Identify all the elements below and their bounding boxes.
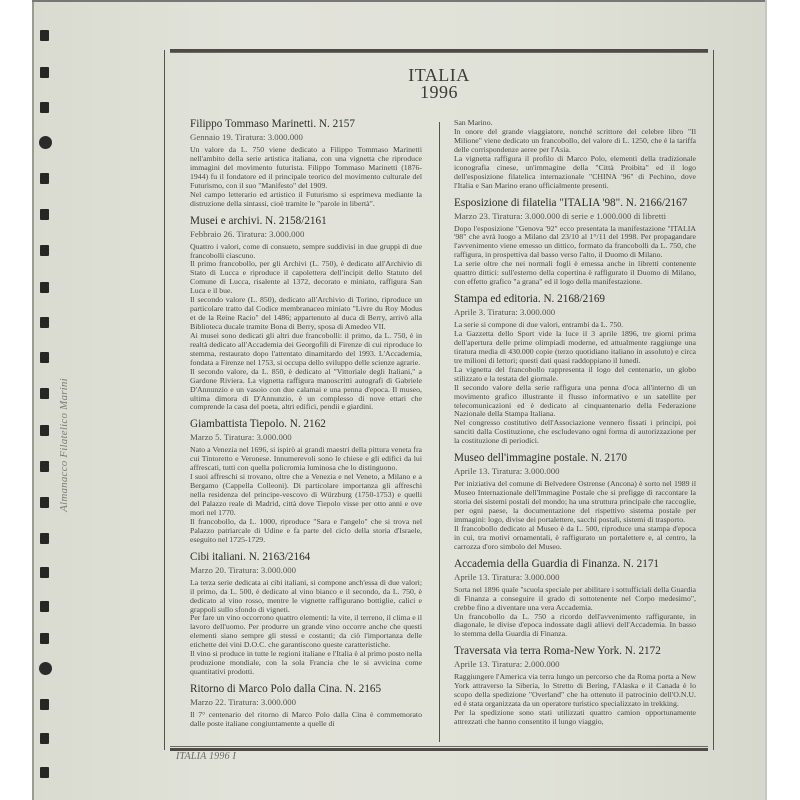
punch-hole: [40, 317, 49, 328]
issue-description: La vignetta raffigura il profilo di Marc…: [454, 155, 696, 191]
top-double-rule: [170, 49, 708, 53]
issue-date-print-run: Aprile 13. Tiratura: 3.000.000: [454, 572, 696, 583]
punch-hole: [40, 633, 49, 644]
punch-hole: [40, 767, 49, 778]
page-footer: ITALIA 1996 I: [176, 751, 236, 762]
left-column: Filippo Tommaso Marinetti. N. 2157Gennai…: [190, 118, 422, 735]
bottom-double-rule: [170, 746, 708, 751]
issue-title: Museo dell'immagine postale. N. 2170: [454, 452, 696, 465]
issue-date-print-run: Aprile 3. Tiratura: 3.000.000: [454, 307, 696, 318]
issue-title: Accademia della Guardia di Finanza. N. 2…: [454, 558, 696, 571]
punch-hole: [40, 173, 49, 184]
issue-title: Stampa ed editoria. N. 2168/2169: [454, 293, 696, 306]
stamp-issue-entry: Stampa ed editoria. N. 2168/2169Aprile 3…: [454, 293, 696, 446]
stamp-issue-entry: Esposizione di filatelia "ITALIA '98". N…: [454, 197, 696, 288]
column-divider: [439, 122, 440, 742]
issue-description: Per fare un vino occorrono quattro eleme…: [190, 614, 422, 650]
issue-title: Filippo Tommaso Marinetti. N. 2157: [190, 118, 422, 131]
stamp-issue-entry: Cibi italiani. N. 2163/2164Marzo 20. Tir…: [190, 551, 422, 677]
issue-description: Nato a Venezia nel 1696, si ispirò ai gr…: [190, 446, 422, 473]
issue-description: La terza serie dedicata ai cibi italiani…: [190, 579, 422, 615]
punch-hole: [40, 699, 49, 710]
ring-hole: [39, 662, 52, 675]
issue-title: Ritorno di Marco Polo dalla Cina. N. 216…: [190, 683, 422, 696]
punch-hole: [40, 209, 49, 220]
issue-description: Il secondo valore (L. 850), dedicato all…: [190, 296, 422, 332]
issue-description: I suoi affreschi si trovano, oltre che a…: [190, 473, 422, 518]
issue-description: Nel campo letterario ed artistico il Fut…: [190, 191, 422, 209]
issue-date-print-run: Marzo 23. Tiratura: 3.000.000 di serie e…: [454, 211, 696, 222]
stamp-issue-entry: Traversata via terra Roma-New York. N. 2…: [454, 645, 696, 727]
issue-title: Musei e archivi. N. 2158/2161: [190, 215, 422, 228]
page-year: 1996: [170, 84, 708, 101]
issue-description: Dopo l'esposizione "Genova '92" ecco pre…: [454, 225, 696, 261]
stamp-issue-entry: Filippo Tommaso Marinetti. N. 2157Gennai…: [190, 118, 422, 209]
page-top-edge: [32, 0, 767, 2]
issue-description: Raggiungere l'America via terra lungo un…: [454, 673, 696, 709]
issue-description: Nel congresso costitutivo dell'Associazi…: [454, 419, 696, 446]
punch-hole: [40, 282, 49, 293]
issue-description: La serie oltre che nei normali fogli è e…: [454, 260, 696, 287]
issue-title: Cibi italiani. N. 2163/2164: [190, 551, 422, 564]
issue-title: Esposizione di filatelia "ITALIA '98". N…: [454, 197, 696, 210]
issue-date-print-run: Marzo 20. Tiratura: 3.000.000: [190, 565, 422, 576]
issue-description: Il secondo valore della serie raffigura …: [454, 384, 696, 420]
issue-description: Il francobollo dedicato al Museo è da L.…: [454, 525, 696, 552]
issue-description: Il vino si produce in tutte le regioni i…: [190, 650, 422, 677]
page-left-edge: [32, 0, 34, 800]
issue-date-print-run: Gennaio 19. Tiratura: 3.000.000: [190, 132, 422, 143]
issue-description: Un valore da L. 750 viene dedicato a Fil…: [190, 146, 422, 191]
page-right-edge: [765, 0, 767, 800]
punch-hole: [40, 601, 49, 612]
issue-description: La Gazzetta dello Sport vide la luce il …: [454, 330, 696, 366]
stamp-issue-entry: Accademia della Guardia di Finanza. N. 2…: [454, 558, 696, 640]
issue-date-print-run: Aprile 13. Tiratura: 3.000.000: [454, 466, 696, 477]
stamp-issue-entry: Giambattista Tiepolo. N. 2162Marzo 5. Ti…: [190, 418, 422, 544]
issue-date-print-run: Aprile 13. Tiratura: 2.000.000: [454, 659, 696, 670]
issue-description: Il francobollo, da L. 1000, riproduce "S…: [190, 518, 422, 545]
issue-description: Quattro i valori, come di consueto, semp…: [190, 243, 422, 261]
issue-description: Il secondo valore, da L. 850, è dedicato…: [190, 368, 422, 413]
page-heading: ITALIA 1996: [170, 67, 708, 101]
issue-description: Il 7° centenario del ritorno di Marco Po…: [190, 711, 422, 729]
issue-date-print-run: Febbraio 26. Tiratura: 3.000.000: [190, 229, 422, 240]
stamp-issue-entry: Museo dell'immagine postale. N. 2170Apri…: [454, 452, 696, 552]
punch-hole: [40, 102, 49, 113]
issue-title: Giambattista Tiepolo. N. 2162: [190, 418, 422, 431]
punch-hole: [40, 30, 49, 41]
stamp-issue-entry: Ritorno di Marco Polo dalla Cina. N. 216…: [190, 683, 422, 729]
issue-description: Un francobollo da L. 750 a ricordo dell'…: [454, 613, 696, 640]
publisher-name: Almanacco Filatelico Marini: [58, 378, 70, 512]
issue-description: Ai musei sono dedicati gli altri due fra…: [190, 332, 422, 368]
punch-hole: [40, 67, 49, 78]
issue-description: La vignetta del francobollo rappresenta …: [454, 366, 696, 384]
punch-hole: [40, 567, 49, 578]
right-column: San Marino.In onore del grande viaggiato…: [454, 119, 696, 733]
stamp-issue-entry: Musei e archivi. N. 2158/2161Febbraio 26…: [190, 215, 422, 413]
issue-date-print-run: Marzo 22. Tiratura: 3.000.000: [190, 697, 422, 708]
ring-hole: [39, 136, 52, 149]
issue-title: Traversata via terra Roma-New York. N. 2…: [454, 645, 696, 658]
publisher-side-label: Almanacco Filatelico Marini: [48, 345, 80, 545]
issue-description: Sorta nel 1896 quale "scuola speciale pe…: [454, 586, 696, 613]
issue-description: Per la spedizione sono stati utilizzati …: [454, 709, 696, 727]
issue-description: Il primo francobollo, per gli Archivi (L…: [190, 260, 422, 296]
issue-description: In onore del grande viaggiatore, nonché …: [454, 128, 696, 155]
issue-date-print-run: Marzo 5. Tiratura: 3.000.000: [190, 432, 422, 443]
stamp-issue-entry: San Marino.In onore del grande viaggiato…: [454, 119, 696, 191]
punch-hole: [40, 245, 49, 256]
punch-hole: [40, 733, 49, 744]
issue-description: Per iniziativa del comune di Belvedere O…: [454, 480, 696, 525]
